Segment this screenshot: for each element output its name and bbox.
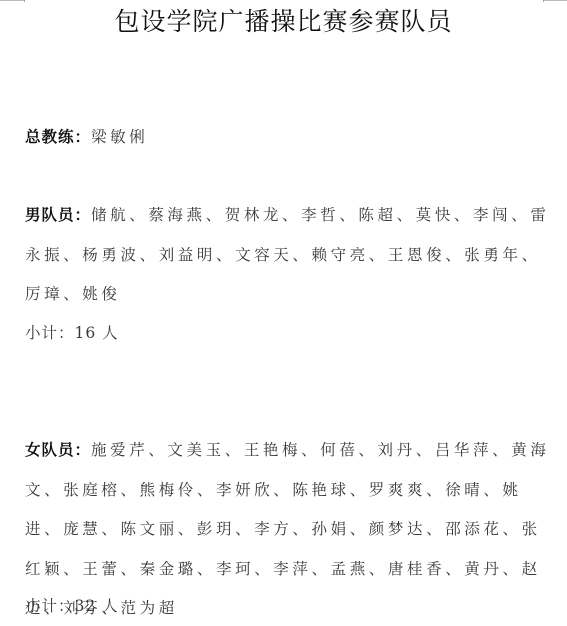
head-coach-name: 梁敏俐	[91, 128, 148, 146]
crop-mark-top-right	[543, 0, 567, 1]
female-team-label: 女队员：	[25, 441, 91, 459]
male-team-subtotal: 小计：16 人	[25, 314, 119, 354]
female-team-subtotal: 小计：32 人	[25, 587, 119, 626]
crop-mark-top-left	[0, 0, 25, 1]
head-coach-line: 总教练：梁敏俐	[25, 118, 550, 158]
male-team-label: 男队员：	[25, 206, 91, 224]
document-title: 包设学院广播操比赛参赛队员	[0, 5, 567, 39]
male-team-paragraph: 男队员：储航、蔡海燕、贺林龙、李哲、陈超、莫快、李闯、雷永振、杨勇波、刘益明、文…	[25, 196, 550, 315]
head-coach-label: 总教练：	[25, 128, 91, 146]
male-team-members: 储航、蔡海燕、贺林龙、李哲、陈超、莫快、李闯、雷永振、杨勇波、刘益明、文容天、赖…	[25, 206, 549, 303]
